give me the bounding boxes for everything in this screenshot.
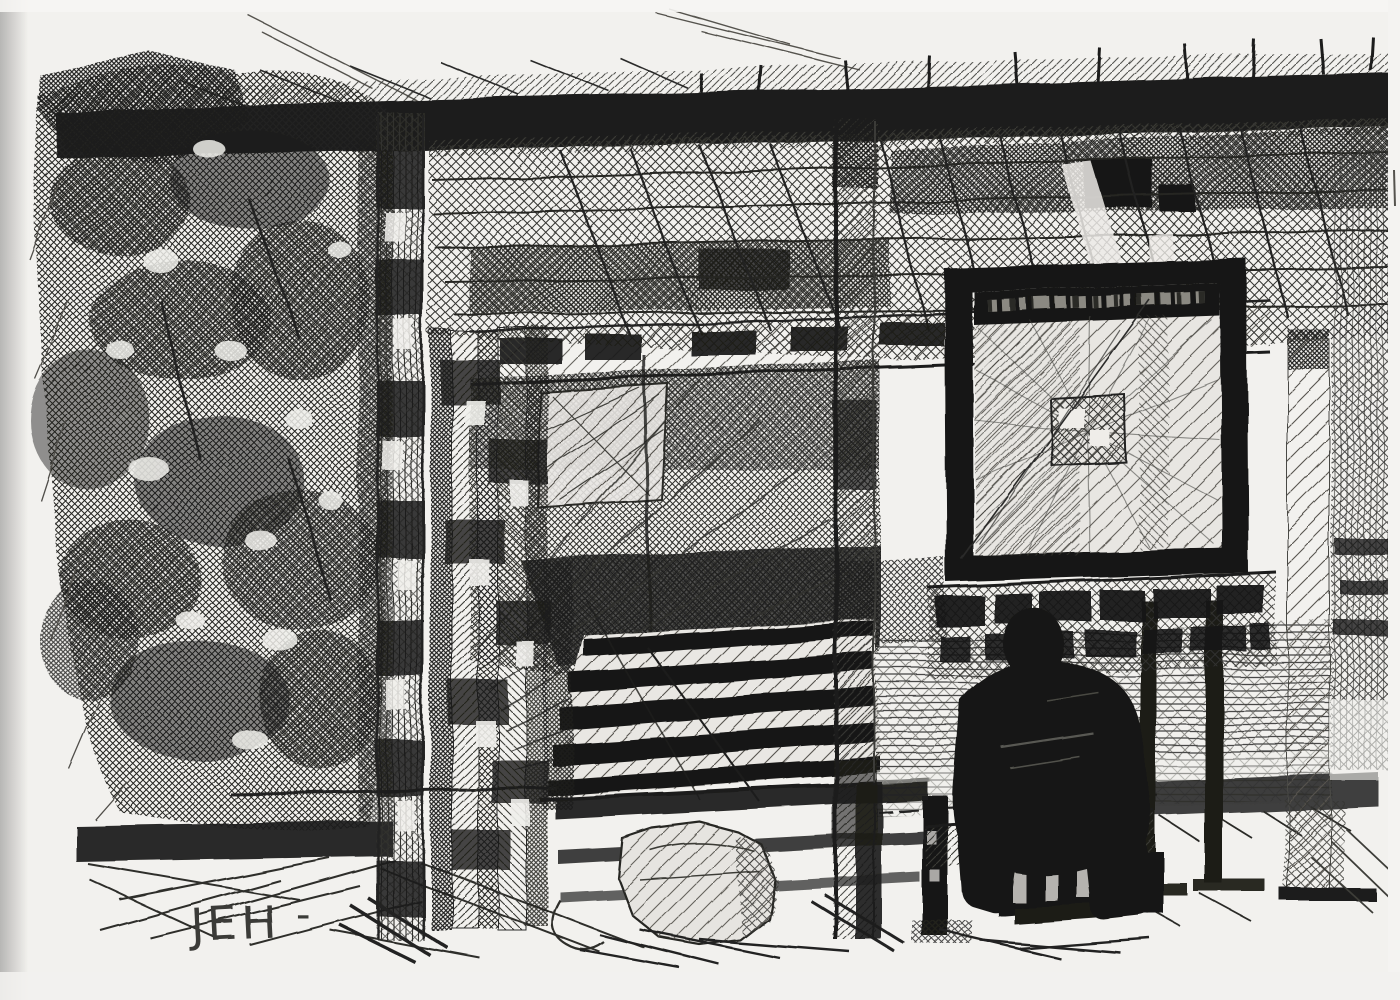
paper-edge-left xyxy=(0,0,28,1000)
paper-edge-right xyxy=(1388,0,1400,1000)
sign-center-square xyxy=(1050,394,1126,466)
paper-edge-bottom xyxy=(0,972,1400,1000)
signature-text: JEH xyxy=(187,894,282,953)
letter-band xyxy=(928,572,1276,680)
sketch-photo: JEH - xyxy=(0,0,1400,1000)
signature-dash: - xyxy=(296,892,314,938)
stair-newel xyxy=(543,562,573,810)
paper-edge-top xyxy=(0,0,1400,12)
tree-foliage xyxy=(30,52,394,831)
paper-pen-tick xyxy=(1394,170,1395,206)
